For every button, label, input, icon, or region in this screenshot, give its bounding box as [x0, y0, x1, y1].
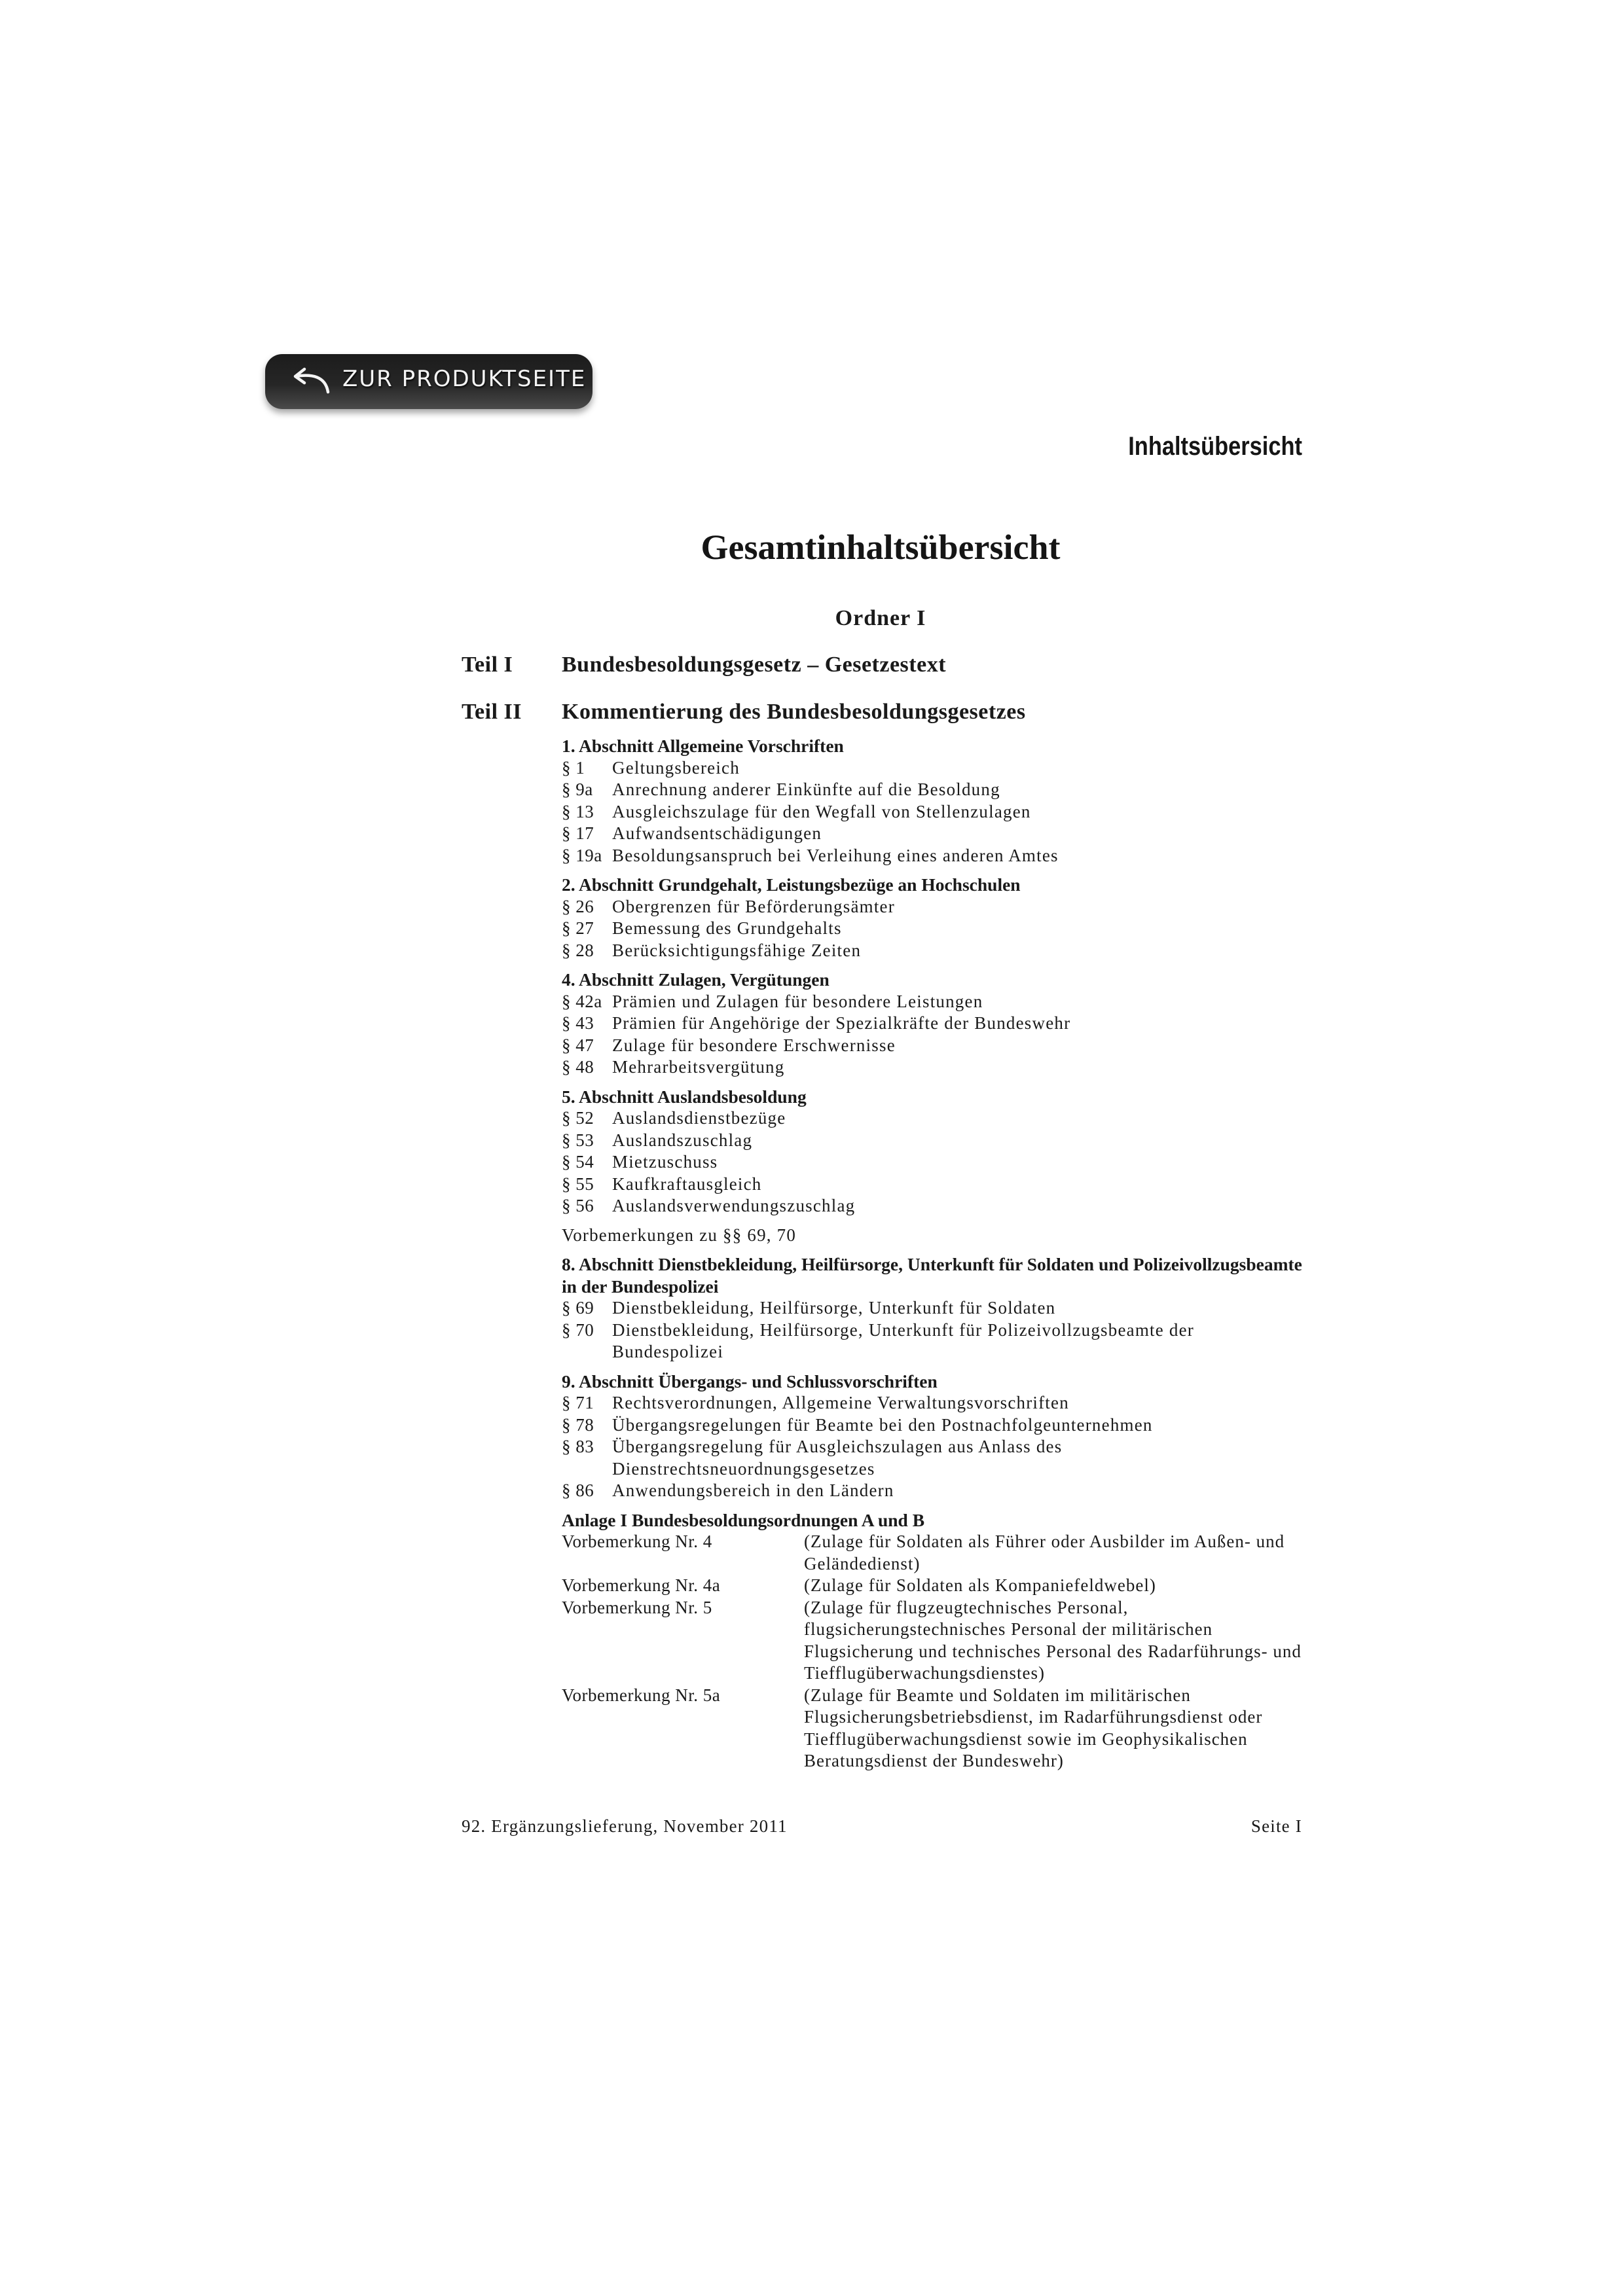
preliminary-note: Vorbemerkungen zu §§ 69, 70 [562, 1225, 1305, 1247]
toc-entry: § 86Anwendungsbereich in den Ländern [562, 1480, 1305, 1502]
annex-description: (Zulage für Beamte und Soldaten im milit… [804, 1685, 1262, 1771]
annex-description: (Zulage für Soldaten als Kompaniefeldweb… [804, 1575, 1156, 1595]
toc-entry: § 70Dienstbekleidung, Heilfürsorge, Unte… [562, 1319, 1305, 1363]
annex-label: Vorbemerkung Nr. 5a [562, 1685, 720, 1707]
annex-description: (Zulage für Soldaten als Führer oder Aus… [804, 1532, 1285, 1573]
toc-entry: § 56Auslandsverwendungszuschlag [562, 1195, 1305, 1217]
paragraph-title: Bemessung des Grundgehalts [612, 918, 842, 938]
paragraph-title: Mietzuschuss [612, 1152, 718, 1172]
section-title: 2. Abschnitt Grundgehalt, Leistungsbezüg… [562, 874, 1305, 896]
annex-entry: Vorbemerkung Nr. 4(Zulage für Soldaten a… [562, 1531, 1305, 1575]
annex-label: Vorbemerkung Nr. 4a [562, 1575, 720, 1597]
annex-section: Anlage I Bundesbesoldungsordnungen A und… [562, 1509, 1305, 1772]
toc-entry: § 13Ausgleichszulage für den Wegfall von… [562, 801, 1305, 823]
part-number: Teil I [462, 653, 513, 677]
toc-entry: § 43Prämien für Angehörige der Spezialkr… [562, 1013, 1305, 1035]
paragraph-title: Dienstbekleidung, Heilfürsorge, Unterkun… [612, 1298, 1055, 1318]
paragraph-title: Auslandszuschlag [612, 1130, 752, 1150]
toc-entry: § 47Zulage für besondere Erschwernisse [562, 1035, 1305, 1057]
paragraph-title: Prämien und Zulagen für besondere Leistu… [612, 992, 983, 1011]
section-title: 9. Abschnitt Übergangs- und Schlussvorsc… [562, 1371, 1305, 1393]
paragraph-title: Mehrarbeitsvergütung [612, 1057, 784, 1077]
paragraph-number: § 86 [562, 1480, 594, 1502]
toc-section: 5. Abschnitt Auslandsbesoldung§ 52Auslan… [562, 1086, 1305, 1217]
page-number: Seite I [1251, 1816, 1302, 1837]
section-title: 8. Abschnitt Dienstbekleidung, Heilfürso… [562, 1253, 1305, 1297]
toc-entry: § 42aPrämien und Zulagen für besondere L… [562, 991, 1305, 1013]
annex-description: (Zulage für flugzeugtechnisches Personal… [804, 1598, 1302, 1683]
paragraph-number: § 13 [562, 801, 594, 823]
paragraph-title: Anwendungsbereich in den Ländern [612, 1480, 894, 1500]
toc-section: 1. Abschnitt Allgemeine Vorschriften§ 1G… [562, 735, 1305, 867]
toc-entry: § 69Dienstbekleidung, Heilfürsorge, Unte… [562, 1297, 1305, 1319]
volume-heading: Ordner I [0, 606, 1623, 631]
toc-section: 8. Abschnitt Dienstbekleidung, Heilfürso… [562, 1253, 1305, 1363]
edition-note: 92. Ergänzungslieferung, November 2011 [462, 1816, 788, 1837]
paragraph-number: § 28 [562, 940, 594, 962]
toc-entry: § 26Obergrenzen für Beförderungsämter [562, 896, 1305, 918]
annex-label: Vorbemerkung Nr. 5 [562, 1597, 712, 1619]
toc-entry: § 9aAnrechnung anderer Einkünfte auf die… [562, 779, 1305, 801]
toc-entry: § 78Übergangsregelungen für Beamte bei d… [562, 1414, 1305, 1437]
paragraph-number: § 54 [562, 1151, 594, 1174]
toc-section: 2. Abschnitt Grundgehalt, Leistungsbezüg… [562, 874, 1305, 961]
toc-entry: § 28Berücksichtigungsfähige Zeiten [562, 940, 1305, 962]
paragraph-title: Übergangsregelung für Ausgleichszulagen … [612, 1437, 1062, 1479]
paragraph-title: Rechtsverordnungen, Allgemeine Verwaltun… [612, 1393, 1069, 1412]
toc-body: 1. Abschnitt Allgemeine Vorschriften§ 1G… [562, 735, 1305, 1780]
toc-entry: § 17Aufwandsentschädigungen [562, 823, 1305, 845]
paragraph-number: § 52 [562, 1107, 594, 1130]
paragraph-number: § 78 [562, 1414, 594, 1437]
annex-label: Vorbemerkung Nr. 4 [562, 1531, 712, 1553]
paragraph-number: § 19a [562, 845, 602, 867]
paragraph-number: § 55 [562, 1174, 594, 1196]
toc-entry: § 54Mietzuschuss [562, 1151, 1305, 1174]
paragraph-title: Auslandsdienstbezüge [612, 1108, 786, 1128]
toc-entry: § 83Übergangsregelung für Ausgleichszula… [562, 1436, 1305, 1480]
paragraph-title: Besoldungsanspruch bei Verleihung eines … [612, 846, 1059, 865]
section-title: 4. Abschnitt Zulagen, Vergütungen [562, 969, 1305, 991]
paragraph-number: § 71 [562, 1392, 594, 1414]
paragraph-number: § 43 [562, 1013, 594, 1035]
annex-entry: Vorbemerkung Nr. 5a(Zulage für Beamte un… [562, 1685, 1305, 1772]
toc-entry: § 27Bemessung des Grundgehalts [562, 918, 1305, 940]
part-title: Kommentierung des Bundesbesoldungsgesetz… [562, 700, 1026, 725]
toc-entry: § 71Rechtsverordnungen, Allgemeine Verwa… [562, 1392, 1305, 1414]
annex-entry: Vorbemerkung Nr. 4a(Zulage für Soldaten … [562, 1575, 1305, 1597]
paragraph-number: § 48 [562, 1056, 594, 1079]
paragraph-number: § 69 [562, 1297, 594, 1319]
paragraph-title: Obergrenzen für Beförderungsämter [612, 897, 895, 916]
paragraph-title: Anrechnung anderer Einkünfte auf die Bes… [612, 780, 1000, 799]
part-title: Bundesbesoldungsgesetz – Gesetzestext [562, 653, 946, 677]
paragraph-title: Auslandsverwendungszuschlag [612, 1196, 855, 1215]
paragraph-number: § 47 [562, 1035, 594, 1057]
back-to-product-page-button[interactable]: ZUR PRODUKTSEITE [265, 354, 593, 409]
paragraph-title: Aufwandsentschädigungen [612, 823, 822, 843]
section-title: 5. Abschnitt Auslandsbesoldung [562, 1086, 1305, 1108]
paragraph-number: § 53 [562, 1130, 594, 1152]
toc-entry: § 48Mehrarbeitsvergütung [562, 1056, 1305, 1079]
paragraph-number: § 26 [562, 896, 594, 918]
paragraph-title: Kaufkraftausgleich [612, 1174, 762, 1194]
paragraph-title: Zulage für besondere Erschwernisse [612, 1035, 896, 1055]
page-title: Gesamtinhaltsübersicht [0, 527, 1623, 567]
paragraph-title: Dienstbekleidung, Heilfürsorge, Unterkun… [612, 1320, 1194, 1362]
reply-arrow-icon [293, 367, 333, 397]
paragraph-title: Prämien für Angehörige der Spezialkräfte… [612, 1013, 1070, 1033]
paragraph-title: Geltungsbereich [612, 758, 740, 778]
back-button-label: ZUR PRODUKTSEITE [342, 366, 586, 392]
running-header: Inhaltsübersicht [1128, 432, 1302, 461]
toc-entry: § 55Kaufkraftausgleich [562, 1174, 1305, 1196]
section-title: 1. Abschnitt Allgemeine Vorschriften [562, 735, 1305, 757]
toc-entry: § 52Auslandsdienstbezüge [562, 1107, 1305, 1130]
paragraph-number: § 9a [562, 779, 593, 801]
paragraph-number: § 17 [562, 823, 594, 845]
paragraph-number: § 1 [562, 757, 585, 780]
paragraph-title: Ausgleichszulage für den Wegfall von Ste… [612, 802, 1031, 821]
paragraph-number: § 42a [562, 991, 602, 1013]
paragraph-number: § 83 [562, 1436, 594, 1458]
paragraph-number: § 70 [562, 1319, 594, 1342]
paragraph-title: Berücksichtigungsfähige Zeiten [612, 941, 861, 960]
toc-entry: § 1Geltungsbereich [562, 757, 1305, 780]
paragraph-title: Übergangsregelungen für Beamte bei den P… [612, 1415, 1153, 1435]
part-number: Teil II [462, 700, 522, 725]
annex-title: Anlage I Bundesbesoldungsordnungen A und… [562, 1509, 1305, 1532]
toc-section: 4. Abschnitt Zulagen, Vergütungen§ 42aPr… [562, 969, 1305, 1079]
paragraph-number: § 27 [562, 918, 594, 940]
annex-entry: Vorbemerkung Nr. 5(Zulage für flugzeugte… [562, 1597, 1305, 1685]
paragraph-number: § 56 [562, 1195, 594, 1217]
toc-section: 9. Abschnitt Übergangs- und Schlussvorsc… [562, 1371, 1305, 1502]
toc-entry: § 53Auslandszuschlag [562, 1130, 1305, 1152]
toc-entry: § 19aBesoldungsanspruch bei Verleihung e… [562, 845, 1305, 867]
